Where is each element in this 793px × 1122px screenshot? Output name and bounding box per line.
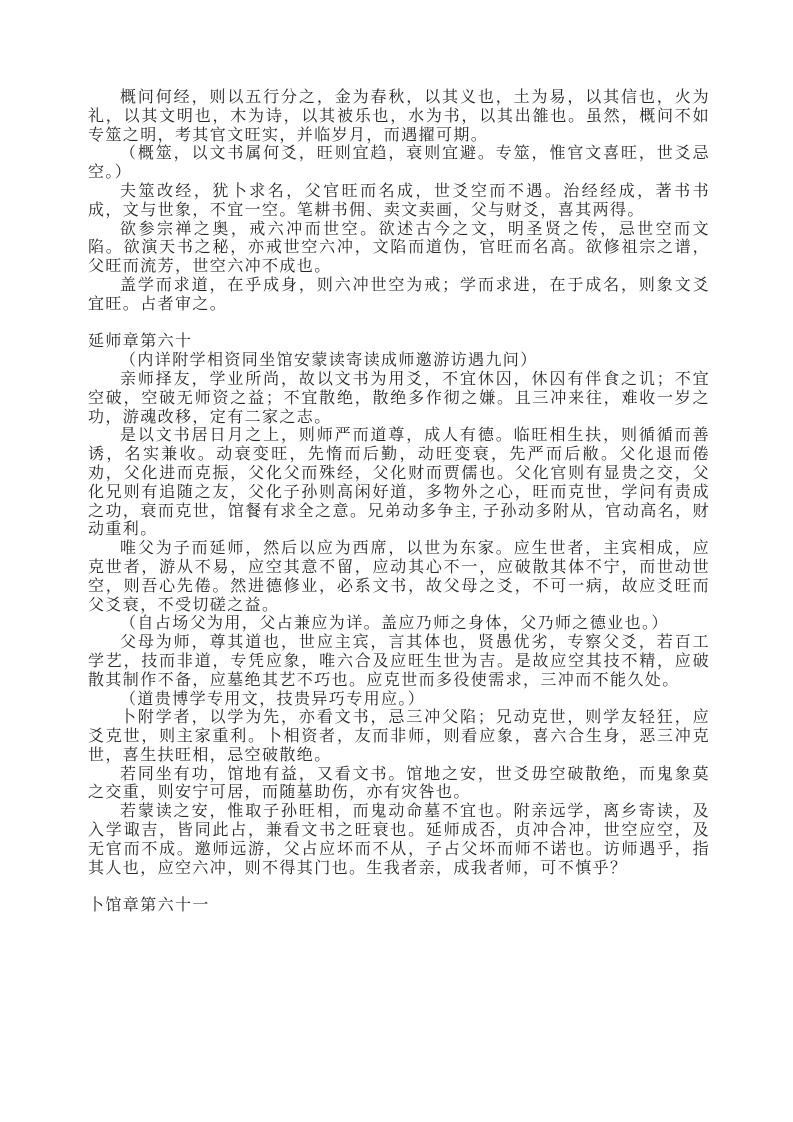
annotation-paragraph: （自占场父为用，父占兼应为详。盖应乃师之身体，父乃师之德业也。） xyxy=(88,615,710,634)
body-paragraph: 唯父为子而延师，然后以应为西席，以世为东家。应生世者，主宾相成，应克世者，游从不… xyxy=(88,540,710,615)
annotation-paragraph: （概筮，以文书属何爻，旺则宜趋，衰则宜避。专筮，惟官文喜旺，世爻忌空。） xyxy=(88,145,710,183)
document-page: 概问何经，则以五行分之，金为春秋，以其义也，土为易，以其信也，火为礼，以其文明也… xyxy=(0,0,793,1122)
body-paragraph: 盖学而求道，在乎成身，则六冲世空为戒；学而求进，在于成名，则象文爻宜旺。占者审之… xyxy=(88,277,710,315)
document-text-body: 概问何经，则以五行分之，金为春秋，以其义也，土为易，以其信也，火为礼，以其文明也… xyxy=(88,89,710,916)
chapter-subtitle: （内详附学相资同坐馆安蒙读寄读成师邀游访遇九问） xyxy=(88,352,710,371)
body-paragraph: 卜附学者，以学为先，亦看文书，忌三冲父陷；兄动克世，则学友轻狂，应爻克世，则主家… xyxy=(88,709,710,765)
body-paragraph: 父母为师，尊其道也，世应主宾，言其体也，贤愚优劣，专察父爻，若百工学艺，技而非道… xyxy=(88,634,710,690)
body-paragraph: 是以文书居日月之上，则师严而道尊，成人有德。临旺相生扶，则循循而善诱，名实兼收。… xyxy=(88,427,710,540)
body-paragraph: 亲师择友，学业所尚，故以文书为用爻，不宜休囚，休囚有伴食之讥；不宜空破，空破无师… xyxy=(88,371,710,427)
annotation-paragraph: （道贵博学专用文，技贵异巧专用应。） xyxy=(88,691,710,710)
body-paragraph: 若蒙读之安，惟取子孙旺相，而鬼动命墓不宜也。附亲远学，离乡寄读，及入学诹吉，皆同… xyxy=(88,803,710,878)
chapter-heading: 卜馆章第六十一 xyxy=(88,897,710,916)
body-paragraph: 夫筮改经，犹卜求名，父官旺而名成，世爻空而不遇。治经经成，著书书成，文与世象，不… xyxy=(88,183,710,221)
body-paragraph: 欲参宗禅之奥，戒六冲而世空。欲述古今之文，明圣贤之传，忌世空而文陷。欲演天书之秘… xyxy=(88,221,710,277)
body-paragraph: 概问何经，则以五行分之，金为春秋，以其义也，土为易，以其信也，火为礼，以其文明也… xyxy=(88,89,710,145)
body-paragraph: 若同坐有功，馆地有益，又看文书。馆地之安，世爻毋空破散绝，而鬼象莫之交重，则安宁… xyxy=(88,766,710,804)
chapter-heading: 延师章第六十 xyxy=(88,333,710,352)
